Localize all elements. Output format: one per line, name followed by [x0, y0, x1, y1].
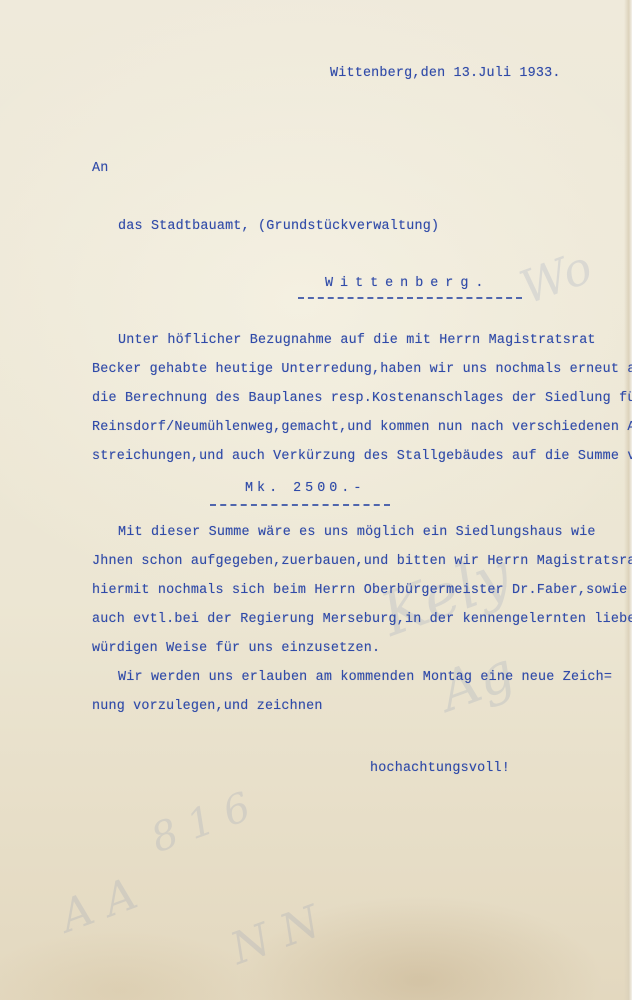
body-line: nung vorzulegen,und zeichnen: [92, 699, 323, 714]
closing: hochachtungsvoll!: [370, 761, 510, 776]
body-line: Mit dieser Summe wäre es uns möglich ein…: [118, 525, 596, 540]
body-line: würdigen Weise für uns einzusetzen.: [92, 641, 380, 656]
body-line: Jhnen schon aufgegeben,zuerbauen,und bit…: [92, 554, 632, 569]
body-line: hiermit nochmals sich beim Herrn Oberbür…: [92, 583, 627, 598]
body-line: Becker gehabte heutige Unterredung,haben…: [92, 362, 632, 377]
city-underline: [298, 297, 522, 299]
paper-edge: [624, 0, 632, 1000]
recipient: das Stadtbauamt, (Grundstückverwaltung): [118, 219, 439, 234]
body-line: Wir werden uns erlauben am kommenden Mon…: [118, 670, 612, 685]
paper-background: [0, 0, 632, 1000]
amount-underline: [210, 504, 390, 506]
salutation-to: An: [92, 161, 108, 176]
body-line: Reinsdorf/Neumühlenweg,gemacht,und komme…: [92, 420, 632, 435]
recipient-city: Wittenberg.: [325, 276, 490, 291]
body-line: Unter höflicher Bezugnahme auf die mit H…: [118, 333, 596, 348]
amount: Mk. 2500.-: [245, 481, 365, 496]
place-date: Wittenberg,den 13.Juli 1933.: [330, 66, 561, 81]
body-line: auch evtl.bei der Regierung Merseburg,in…: [92, 612, 632, 627]
body-line: streichungen,und auch Verkürzung des Sta…: [92, 449, 632, 464]
body-line: die Berechnung des Bauplanes resp.Kosten…: [92, 391, 632, 406]
